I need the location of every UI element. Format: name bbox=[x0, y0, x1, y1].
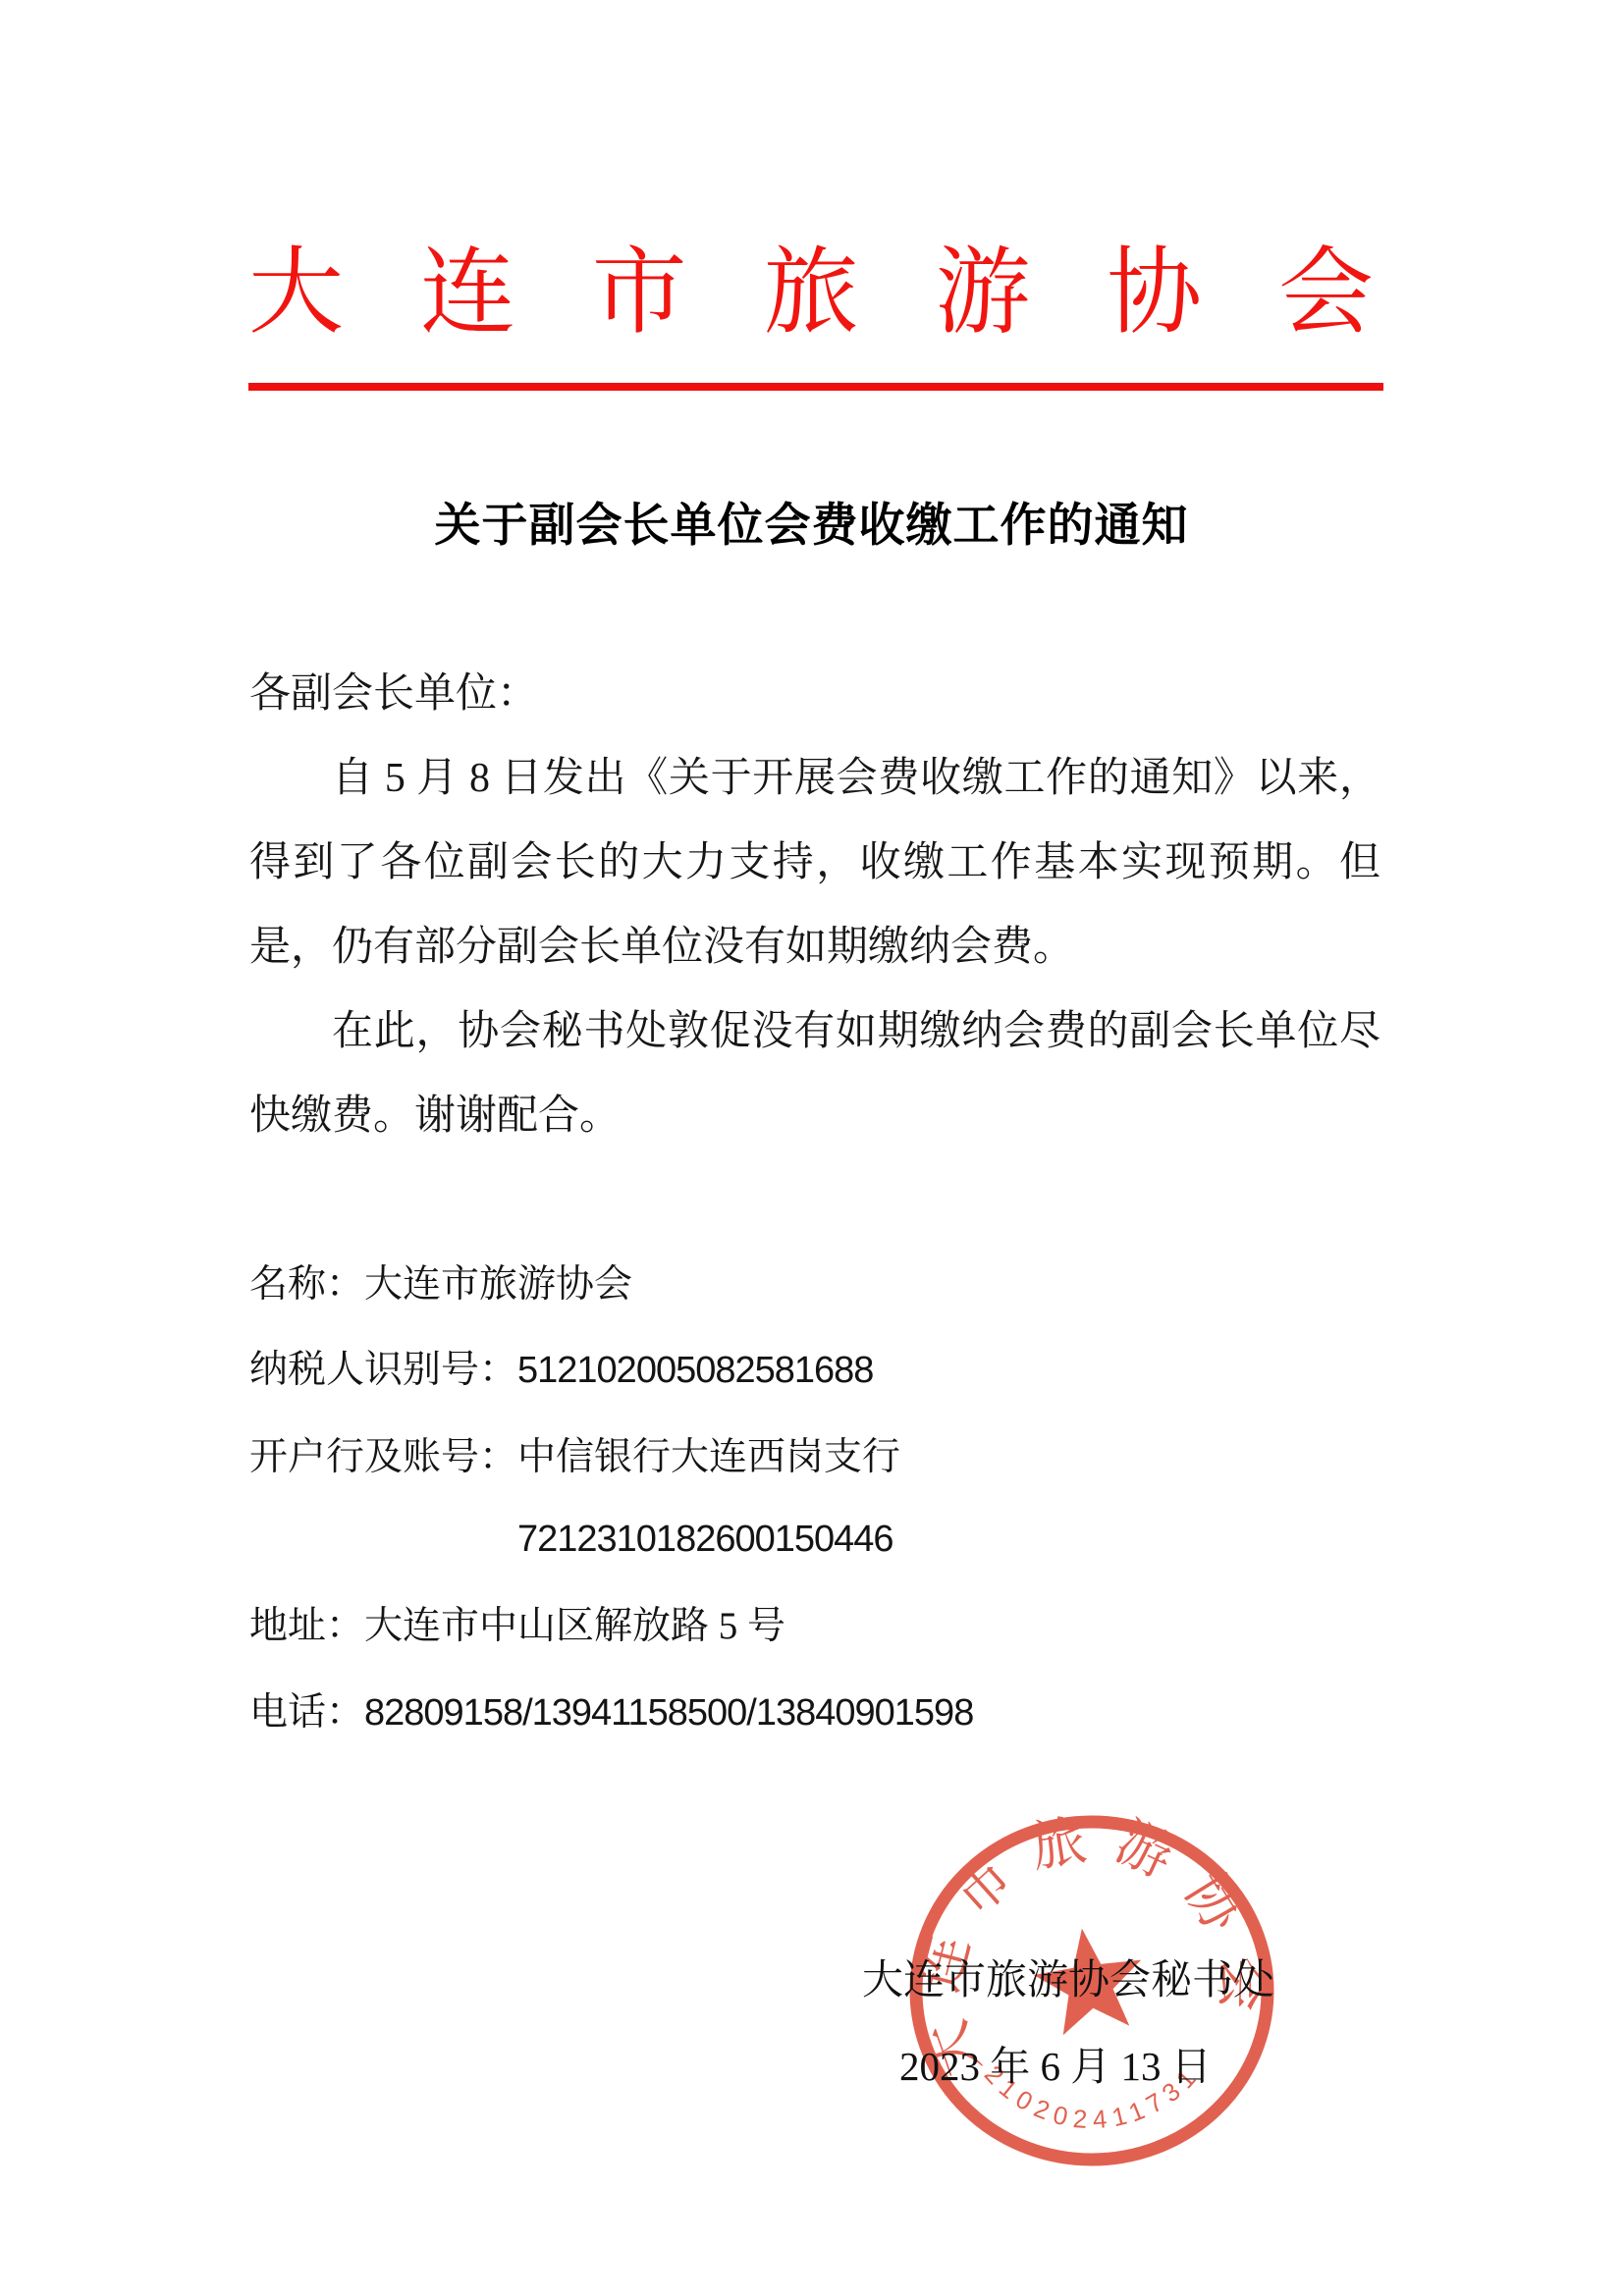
payment-row-name: 名称：大连市旅游协会 bbox=[249, 1261, 632, 1308]
body-paragraph-2: 在此，协会秘书处敦促没有如期缴纳会费的副会长单位尽快缴费。谢谢配合。 bbox=[249, 989, 1380, 1158]
row-value: 大连市中山区解放路 5 号 bbox=[364, 1605, 785, 1647]
signature-signer: 大连市旅游协会秘书处 bbox=[862, 1948, 1274, 2006]
row-value: 大连市旅游协会 bbox=[364, 1263, 632, 1306]
row-label: 开户行及账号： bbox=[249, 1436, 517, 1478]
row-label: 纳税人识别号： bbox=[249, 1349, 517, 1391]
letterhead-org-name: 大连市旅游协会 bbox=[248, 243, 1374, 344]
letterhead-org-name-text: 大连市旅游协会 bbox=[248, 243, 1374, 344]
payment-row-phone: 电话：82809158/13941158500/13840901598 bbox=[249, 1689, 973, 1736]
salutation: 各副会长单位： bbox=[249, 652, 1380, 736]
payment-row-bank: 开户行及账号：中信银行大连西岗支行 bbox=[249, 1434, 900, 1481]
row-value: 512102005082581688 bbox=[517, 1350, 873, 1391]
row-label: 电话： bbox=[249, 1691, 364, 1734]
payment-row-address: 地址：大连市中山区解放路 5 号 bbox=[249, 1603, 785, 1650]
row-label: 名称： bbox=[249, 1263, 364, 1306]
body-paragraph-1: 自 5 月 8 日发出《关于开展会费收缴工作的通知》以来，得到了各位副会长的大力… bbox=[249, 736, 1380, 989]
row-value: 82809158/13941158500/13840901598 bbox=[364, 1692, 973, 1734]
notice-title: 关于副会长单位会费收缴工作的通知 bbox=[0, 489, 1623, 555]
row-value: 中信银行大连西岗支行 bbox=[517, 1436, 900, 1478]
payment-row-taxid: 纳税人识别号：512102005082581688 bbox=[249, 1347, 873, 1394]
row-value: 7212310182600150446 bbox=[517, 1519, 893, 1560]
payment-row-account-number: 7212310182600150446 bbox=[517, 1516, 893, 1563]
row-label: 地址： bbox=[249, 1605, 364, 1647]
letterhead-divider bbox=[248, 383, 1383, 391]
signature-date: 2023 年 6 月 13 日 bbox=[899, 2034, 1212, 2092]
notice-body: 各副会长单位： 自 5 月 8 日发出《关于开展会费收缴工作的通知》以来，得到了… bbox=[249, 652, 1380, 1158]
notice-document: 大连市旅游协会 关于副会长单位会费收缴工作的通知 各副会长单位： 自 5 月 8… bbox=[0, 0, 1623, 2296]
